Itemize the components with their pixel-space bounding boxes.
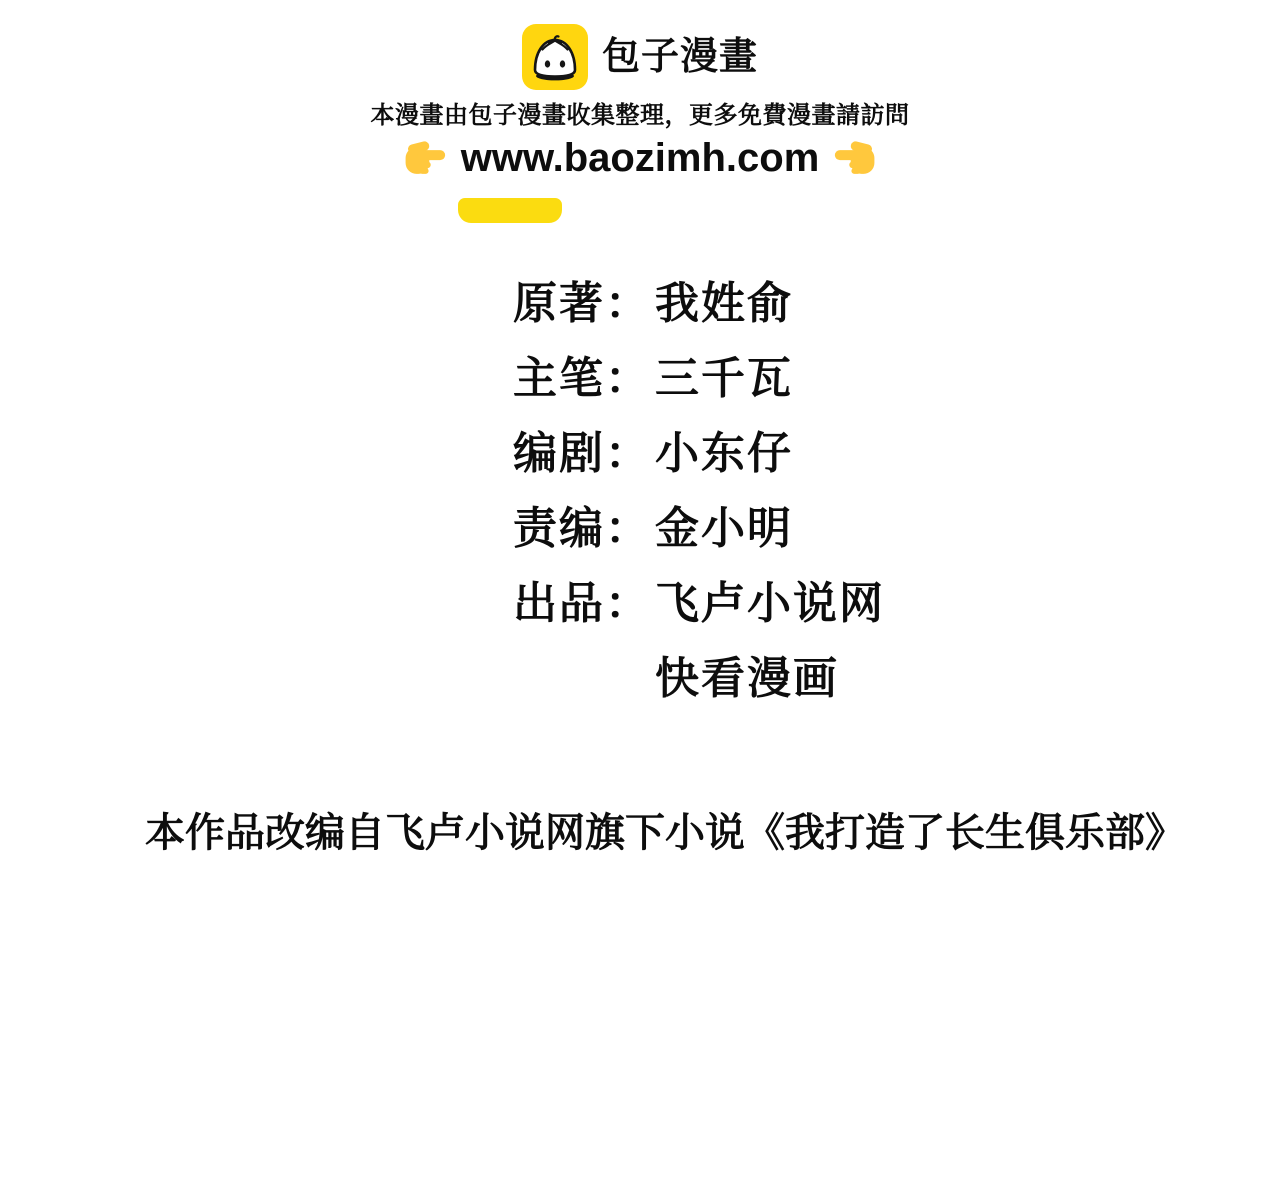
credit-label: 原著 — [513, 279, 605, 328]
comic-credits-page: 包子漫畫 本漫畫由包子漫畫收集整理，更多免費漫畫請訪問 www.baozimh.… — [0, 0, 1280, 1200]
collection-notice-text: 本漫畫由包子漫畫收集整理，更多免費漫畫請訪問 — [0, 100, 1280, 132]
credit-row-producer-2: 快看漫画 — [513, 641, 885, 716]
credit-row-lead-artist: 主笔：三千瓦 — [513, 341, 885, 416]
credit-row-editor: 责编：金小明 — [513, 491, 885, 566]
credit-label: 责编 — [513, 504, 605, 553]
baozi-bun-logo-icon — [522, 24, 588, 90]
credit-colon: ： — [605, 429, 651, 478]
credit-colon: ： — [605, 354, 651, 403]
website-link-row: www.baozimh.com — [0, 133, 1280, 183]
website-url: www.baozimh.com — [461, 138, 820, 178]
credit-label: 主笔 — [513, 354, 605, 403]
adaptation-note: 本作品改编自飞卢小说网旗下小说《我打造了长生俱乐部》 — [0, 805, 1280, 861]
credit-row-screenwriter: 编剧：小东仔 — [513, 416, 885, 491]
credit-colon: ： — [605, 579, 651, 628]
credit-label: 出品 — [513, 579, 605, 628]
brand-header: 包子漫畫 — [0, 24, 1280, 90]
credit-value: 三千瓦 — [655, 354, 793, 403]
yellow-tab-decoration — [458, 198, 562, 223]
pointing-right-hand-icon — [402, 135, 448, 181]
credit-value: 快看漫画 — [655, 654, 839, 703]
credit-value: 我姓俞 — [655, 279, 793, 328]
credit-colon: ： — [605, 279, 651, 328]
credit-value: 金小明 — [655, 504, 793, 553]
credit-label: 编剧 — [513, 429, 605, 478]
credit-colon: ： — [605, 504, 651, 553]
credits-block: 原著：我姓俞 主笔：三千瓦 编剧：小东仔 责编：金小明 出品：飞卢小说网 快看漫… — [513, 266, 885, 716]
credit-value: 飞卢小说网 — [655, 579, 885, 628]
credit-value: 小东仔 — [655, 429, 793, 478]
brand-name: 包子漫畫 — [602, 38, 758, 76]
credit-row-producer: 出品：飞卢小说网 — [513, 566, 885, 641]
credit-row-original-author: 原著：我姓俞 — [513, 266, 885, 341]
pointing-left-hand-icon — [832, 135, 878, 181]
